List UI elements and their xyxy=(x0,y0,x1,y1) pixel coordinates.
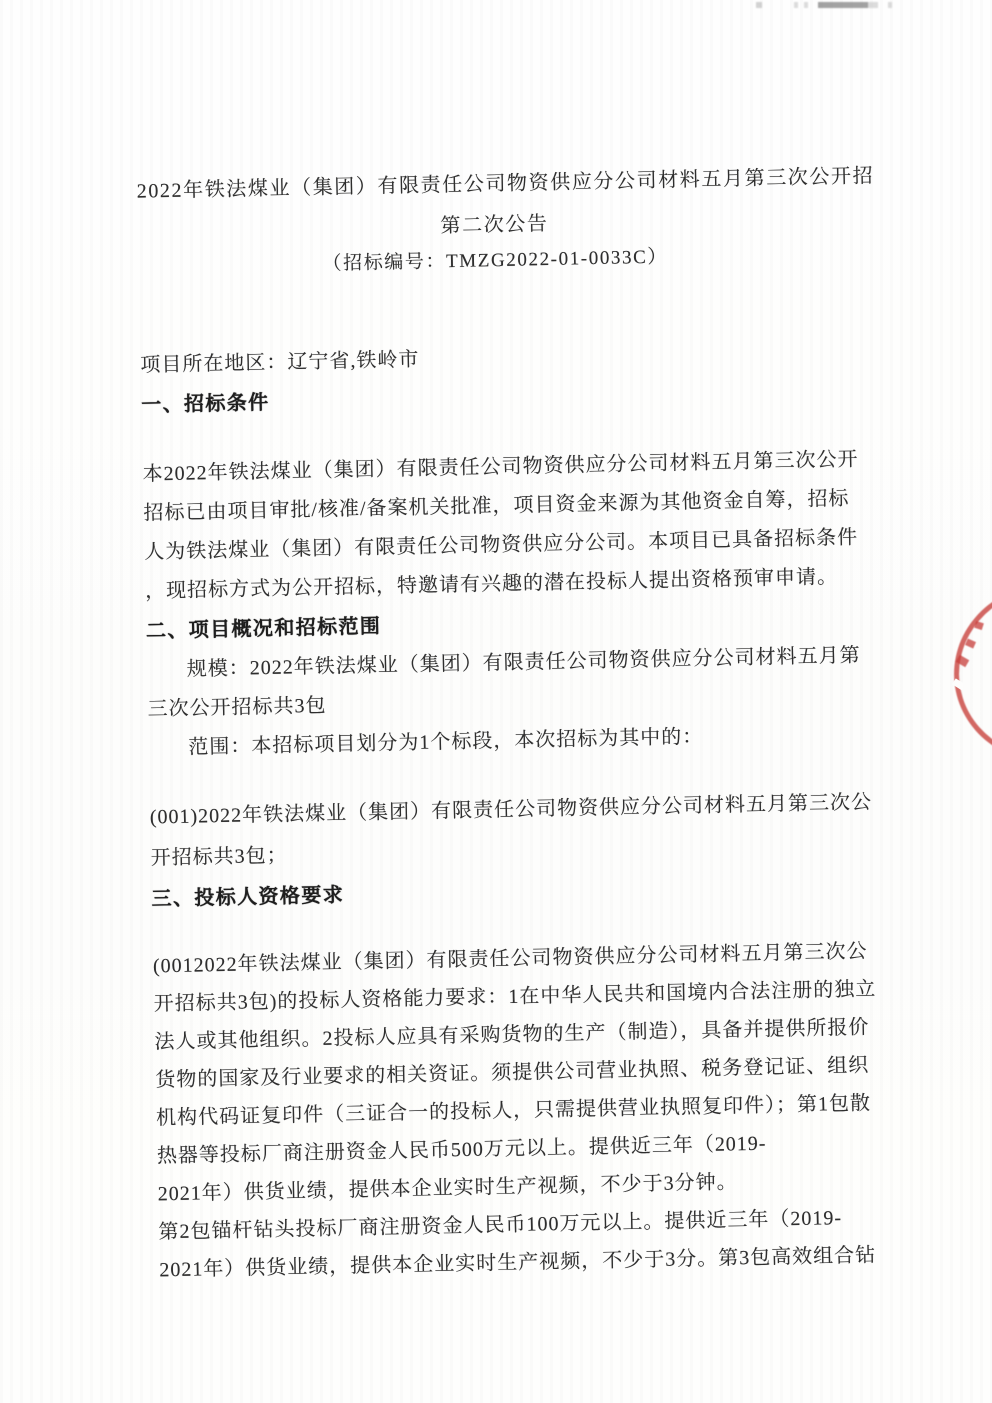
overview-paragraph: 规模：2022年铁法煤业（集团）有限责任公司物资供应分公司材料五月第 三次公开招… xyxy=(146,637,862,769)
package-description: (001)2022年铁法煤业（集团）有限责任公司物资供应分公司材料五月第三次公 … xyxy=(149,783,865,880)
scan-artifact xyxy=(756,2,906,8)
document-content: 2022年铁法煤业（集团）有限责任公司物资供应分公司材料五月第三次公开招 第二次… xyxy=(136,163,873,1290)
bidding-conditions-paragraph: 本2022年铁法煤业（集团）有限责任公司物资供应分公司材料五月第三次公开 招标已… xyxy=(142,441,859,612)
qualification-paragraph: (0012022年铁法煤业（集团）有限责任公司物资供应分公司材料五月第三次公 开… xyxy=(153,932,874,1289)
scanned-document-page: 2022年铁法煤业（集团）有限责任公司物资供应分公司材料五月第三次公开招 第二次… xyxy=(0,0,992,1403)
official-seal-partial-icon xyxy=(945,575,992,772)
